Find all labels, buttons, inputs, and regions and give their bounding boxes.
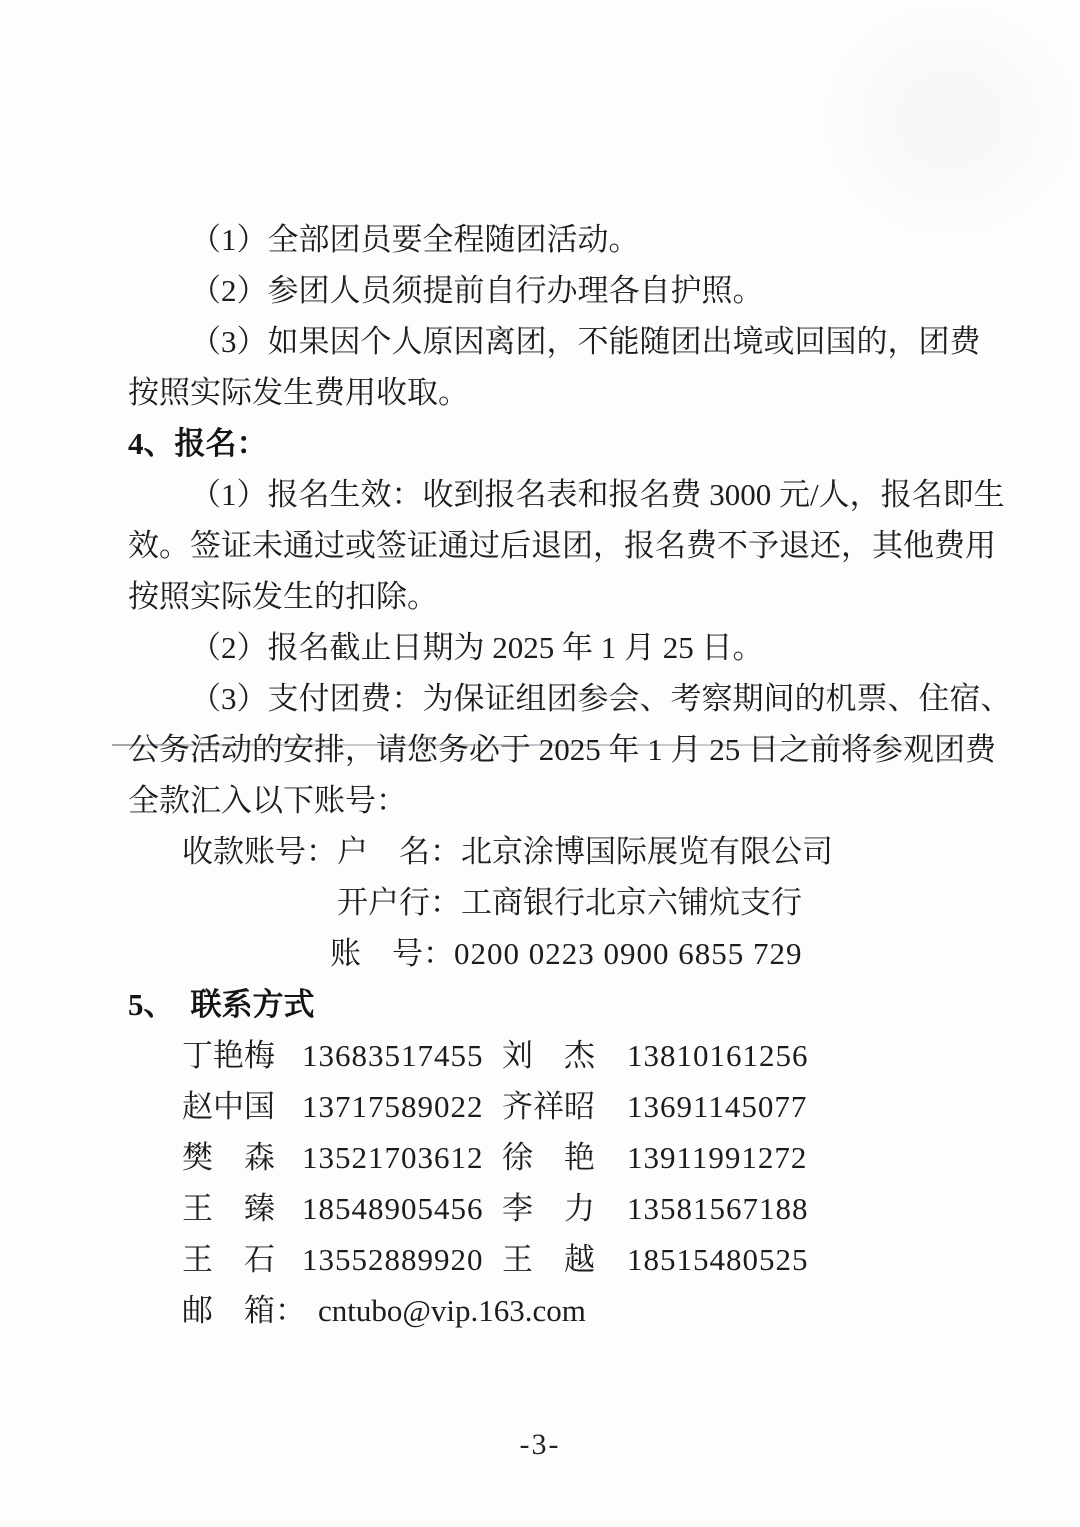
section4-heading: 4、报名： (128, 418, 952, 469)
contact-row: 王 石 13552889920 王 越 18515480525 (128, 1234, 952, 1285)
account-holder-label: 户 名： (337, 834, 461, 869)
contact-name: 徐 艳 (502, 1132, 627, 1183)
email-line: 邮 箱： cntubo@vip.163.com (128, 1285, 952, 1336)
contact-phone: 13552889920 (302, 1234, 502, 1285)
contact-row: 丁艳梅 13683517455 刘 杰 13810161256 (128, 1030, 952, 1081)
contact-phone: 13521703612 (302, 1132, 502, 1183)
contact-phone: 13717589022 (302, 1081, 502, 1132)
bank-label: 开户行： (337, 885, 461, 920)
document-body: （1）全部团员要全程随团活动。 （2）参团人员须提前自行办理各自护照。 （3）如… (128, 214, 952, 1336)
scan-noise (820, 0, 1080, 240)
contact-name: 刘 杰 (502, 1030, 627, 1081)
section5-title: 联系方式 (191, 987, 315, 1022)
contact-row: 赵中国 13717589022 齐祥昭 13691145077 (128, 1081, 952, 1132)
contact-phone: 13683517455 (302, 1030, 502, 1081)
account-bank-line: 开户行：工商银行北京六铺炕支行 (128, 877, 952, 928)
body-line: 全款汇入以下账号： (128, 775, 952, 826)
document-page: （1）全部团员要全程随团活动。 （2）参团人员须提前自行办理各自护照。 （3）如… (0, 0, 1080, 1527)
body-line: （3）如果因个人原因离团，不能随团出境或回国的，团费 (128, 316, 952, 367)
contact-row: 樊 森 13521703612 徐 艳 13911991272 (128, 1132, 952, 1183)
page-number: -3- (0, 1428, 1080, 1462)
body-line: 按照实际发生费用收取。 (128, 367, 952, 418)
body-line: （3）支付团费：为保证组团参会、考察期间的机票、住宿、 (128, 673, 952, 724)
contact-name: 王 石 (182, 1234, 302, 1285)
contact-phone: 18548905456 (302, 1183, 502, 1234)
body-line: （1）全部团员要全程随团活动。 (128, 214, 952, 265)
account-number-label: 账 号： (330, 936, 454, 971)
contact-name: 赵中国 (182, 1081, 302, 1132)
email-value: cntubo@vip.163.com (318, 1285, 586, 1336)
contact-name: 丁艳梅 (182, 1030, 302, 1081)
contact-name: 王 臻 (182, 1183, 302, 1234)
section5-heading: 5、联系方式 (128, 979, 952, 1030)
contact-name: 齐祥昭 (502, 1081, 627, 1132)
account-number-line: 账 号：0200 0223 0900 6855 729 (128, 928, 952, 979)
contact-phone: 13581567188 (627, 1183, 809, 1234)
contact-phone: 13691145077 (627, 1081, 807, 1132)
body-line: （1）报名生效：收到报名表和报名费 3000 元/人，报名即生 (128, 469, 952, 520)
bank-value: 工商银行北京六铺炕支行 (461, 885, 802, 920)
body-line: 公务活动的安排，请您务必于 2025 年 1 月 25 日之前将参观团费 (128, 724, 952, 775)
contact-phone: 13810161256 (627, 1030, 809, 1081)
payee-account-label: 收款账号： (182, 834, 337, 869)
account-number-value: 0200 0223 0900 6855 729 (454, 936, 803, 971)
email-label: 邮 箱： (182, 1285, 306, 1336)
account-holder-value: 北京涂博国际展览有限公司 (461, 834, 833, 869)
contact-name: 王 越 (502, 1234, 627, 1285)
section5-number: 5、 (128, 987, 175, 1022)
body-line: （2）报名截止日期为 2025 年 1 月 25 日。 (128, 622, 952, 673)
body-line: 效。签证未通过或签证通过后退团，报名费不予退还，其他费用 (128, 520, 952, 571)
body-line: 按照实际发生的扣除。 (128, 571, 952, 622)
account-holder-line: 收款账号：户 名：北京涂博国际展览有限公司 (128, 826, 952, 877)
contact-name: 樊 森 (182, 1132, 302, 1183)
contact-row: 王 臻 18548905456 李 力 13581567188 (128, 1183, 952, 1234)
contact-phone: 13911991272 (627, 1132, 807, 1183)
contact-name: 李 力 (502, 1183, 627, 1234)
contact-phone: 18515480525 (627, 1234, 809, 1285)
body-line: （2）参团人员须提前自行办理各自护照。 (128, 265, 952, 316)
